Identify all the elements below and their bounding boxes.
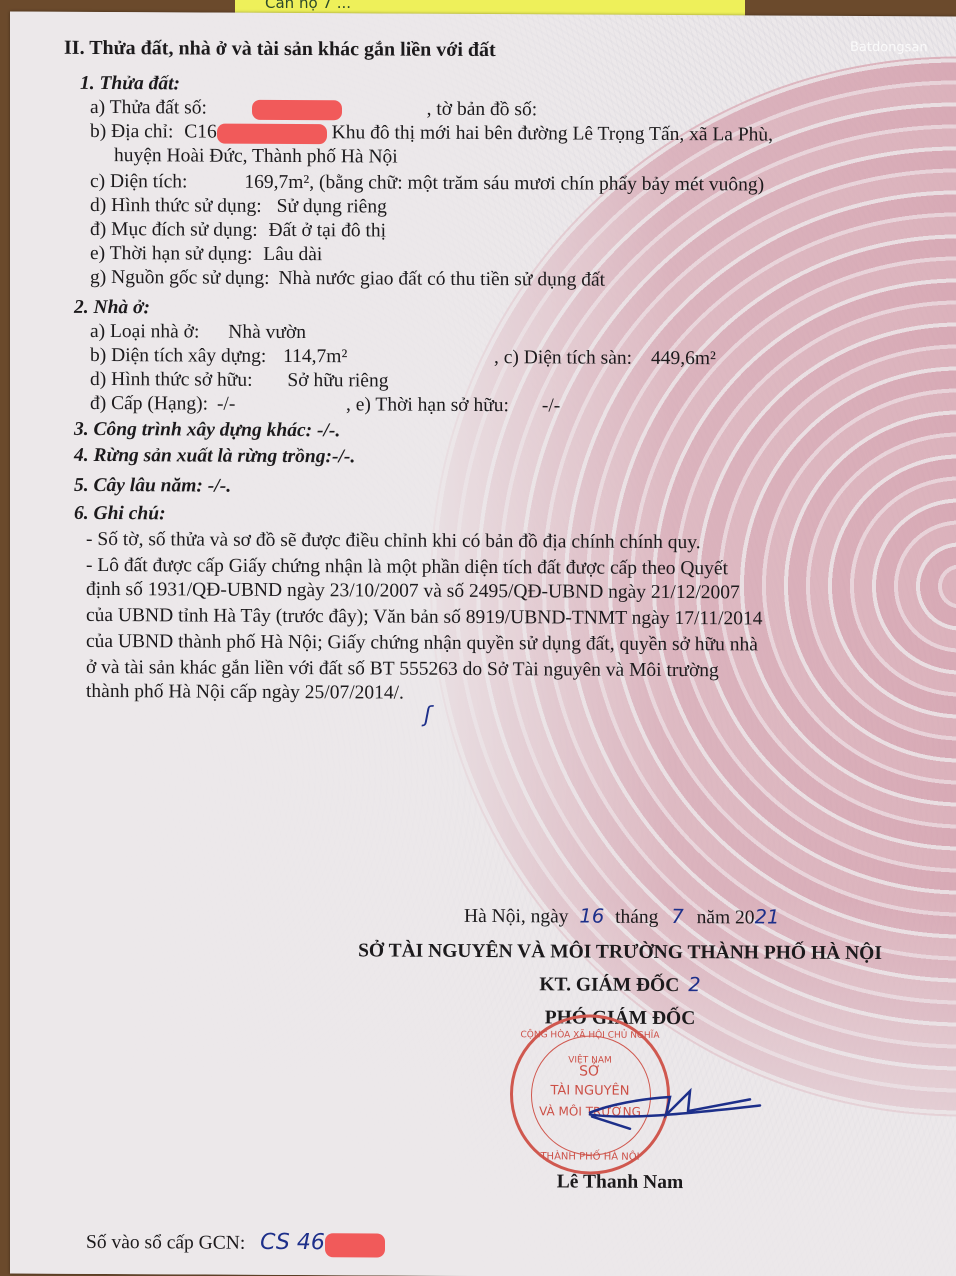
redacted-parcel-number [252, 99, 342, 119]
own-term-label: , e) Thời hạn sở hữu: [346, 394, 509, 416]
parcel-number-row: a) Thửa đất số: , tờ bản đồ số: [90, 96, 537, 123]
registry-value: CS 46 [260, 1230, 325, 1255]
house-type-value: Nhà vườn [228, 322, 306, 343]
perennial-trees: 5. Cây lâu năm: -/-. [74, 474, 231, 499]
date-month-label: tháng [615, 907, 658, 928]
handwritten-initial: 2 [688, 973, 700, 996]
map-sheet-label: , tờ bản đồ số: [427, 99, 538, 121]
parcel-number-label: a) Thửa đất số: [90, 97, 207, 119]
purpose-value: Đất ở tại đô thị [269, 220, 387, 242]
use-form-value: Sử dụng riêng [277, 196, 387, 218]
registry-row: Số vào sổ cấp GCN: CS 46 [86, 1230, 385, 1257]
note-line: định số 1931/QĐ-UBND ngày 23/10/2007 và … [86, 578, 740, 606]
note-line: của UBND tỉnh Hà Tây (trước đây); Văn bả… [86, 604, 763, 632]
own-term-row: , e) Thời hạn sở hữu: -/- [346, 393, 560, 419]
address-label: b) Địa chỉ: [90, 121, 173, 142]
built-area-row: b) Diện tích xây dựng: 114,7m² [90, 344, 347, 370]
date-day: 16 [579, 905, 604, 928]
certificate-page: Batdongsan II. Thửa đất, nhà ở và tài sả… [10, 12, 956, 1276]
seal-bottom-text: THÀNH PHỐ HÀ NỘI [513, 1145, 667, 1170]
date-line: Hà Nội, ngày 16 tháng 7 năm 2021 [464, 904, 779, 931]
date-month: 7 [671, 905, 683, 928]
purpose-label: đ) Mục đích sử dụng: [90, 219, 258, 241]
redacted-registry-number [325, 1233, 385, 1257]
grade-row: đ) Cấp (Hạng): -/- [90, 392, 235, 417]
registry-label: Số vào sổ cấp GCN: [86, 1232, 245, 1254]
built-area-label: b) Diện tích xây dựng: [90, 345, 266, 367]
address-line-1: Khu đô thị mới hai bên đường Lê Trọng Tấ… [332, 122, 773, 145]
term-label: e) Thời hạn sử dụng: [90, 243, 252, 265]
redacted-address [217, 123, 327, 144]
pp-title: KT. GIÁM ĐỐC 2 [310, 971, 930, 1000]
grade-value: -/- [217, 394, 235, 415]
note-line: thành phố Hà Nội cấp ngày 25/07/2014/. [86, 680, 404, 706]
purpose-row: đ) Mục đích sử dụng: Đất ở tại đô thị [90, 218, 386, 244]
date-year-label: năm 20 [697, 907, 755, 928]
other-works: 3. Công trình xây dựng khác: -/-. [74, 418, 340, 444]
signer-name: Lê Thanh Nam [310, 1169, 930, 1197]
floor-area-value: 449,6m² [651, 348, 716, 369]
pp-label: KT. GIÁM ĐỐC [539, 974, 679, 996]
ownership-label: d) Hình thức sở hữu: [90, 369, 253, 391]
area-label: c) Diện tích: [90, 171, 187, 193]
forest: 4. Rừng sản xuất là rừng trồng:-/-. [74, 444, 355, 470]
address-line-2: huyện Hoài Đức, Thành phố Hà Nội [114, 144, 398, 170]
origin-row: g) Nguồn gốc sử dụng: Nhà nước giao đất … [90, 266, 605, 293]
land-heading: 1. Thửa đất: [80, 72, 180, 97]
built-area-value: 114,7m² [283, 346, 347, 367]
sticky-note-text: Căn hộ 7 ... [265, 0, 351, 12]
notes-heading: 6. Ghi chú: [74, 502, 166, 527]
house-type-row: a) Loại nhà ở: Nhà vườn [90, 320, 306, 346]
authority-name: SỞ TÀI NGUYÊN VÀ MÔI TRƯỜNG THÀNH PHỐ HÀ… [310, 939, 930, 967]
house-heading: 2. Nhà ở: [74, 296, 150, 321]
term-row: e) Thời hạn sử dụng: Lâu dài [90, 242, 322, 268]
note-line: của UBND thành phố Hà Nội; Giấy chứng nh… [86, 630, 758, 658]
area-value: 169,7m², (bằng chữ: một trăm sáu mươi ch… [244, 172, 764, 196]
floor-area-label: , c) Diện tích sàn: [494, 347, 632, 369]
note-line: - Số tờ, số thửa và sơ đồ sẽ được điều c… [86, 528, 701, 556]
handwritten-mark: ʃ [424, 704, 431, 729]
use-form-row: d) Hình thức sử dụng: Sử dụng riêng [90, 194, 387, 220]
date-year-suffix: 21 [755, 905, 780, 928]
date-place: Hà Nội, ngày [464, 906, 569, 928]
section-title: II. Thửa đất, nhà ở và tài sản khác gắn … [64, 36, 496, 63]
use-form-label: d) Hình thức sử dụng: [90, 195, 262, 217]
grade-label: đ) Cấp (Hạng): [90, 393, 208, 415]
origin-value: Nhà nước giao đất có thu tiền sử dụng đấ… [278, 268, 605, 291]
term-value: Lâu dài [263, 244, 322, 265]
house-type-label: a) Loại nhà ở: [90, 321, 199, 343]
ownership-value: Sở hữu riêng [287, 370, 388, 392]
floor-area-row: , c) Diện tích sàn: 449,6m² [494, 346, 716, 372]
own-term-value: -/- [542, 395, 560, 416]
ownership-row: d) Hình thức sở hữu: Sở hữu riêng [90, 368, 388, 394]
signature-scribble [570, 1084, 770, 1135]
origin-label: g) Nguồn gốc sử dụng: [90, 267, 270, 289]
certificate-content: II. Thửa đất, nhà ở và tài sản khác gắn … [10, 12, 956, 1276]
address-prefix: C16 [184, 121, 217, 142]
